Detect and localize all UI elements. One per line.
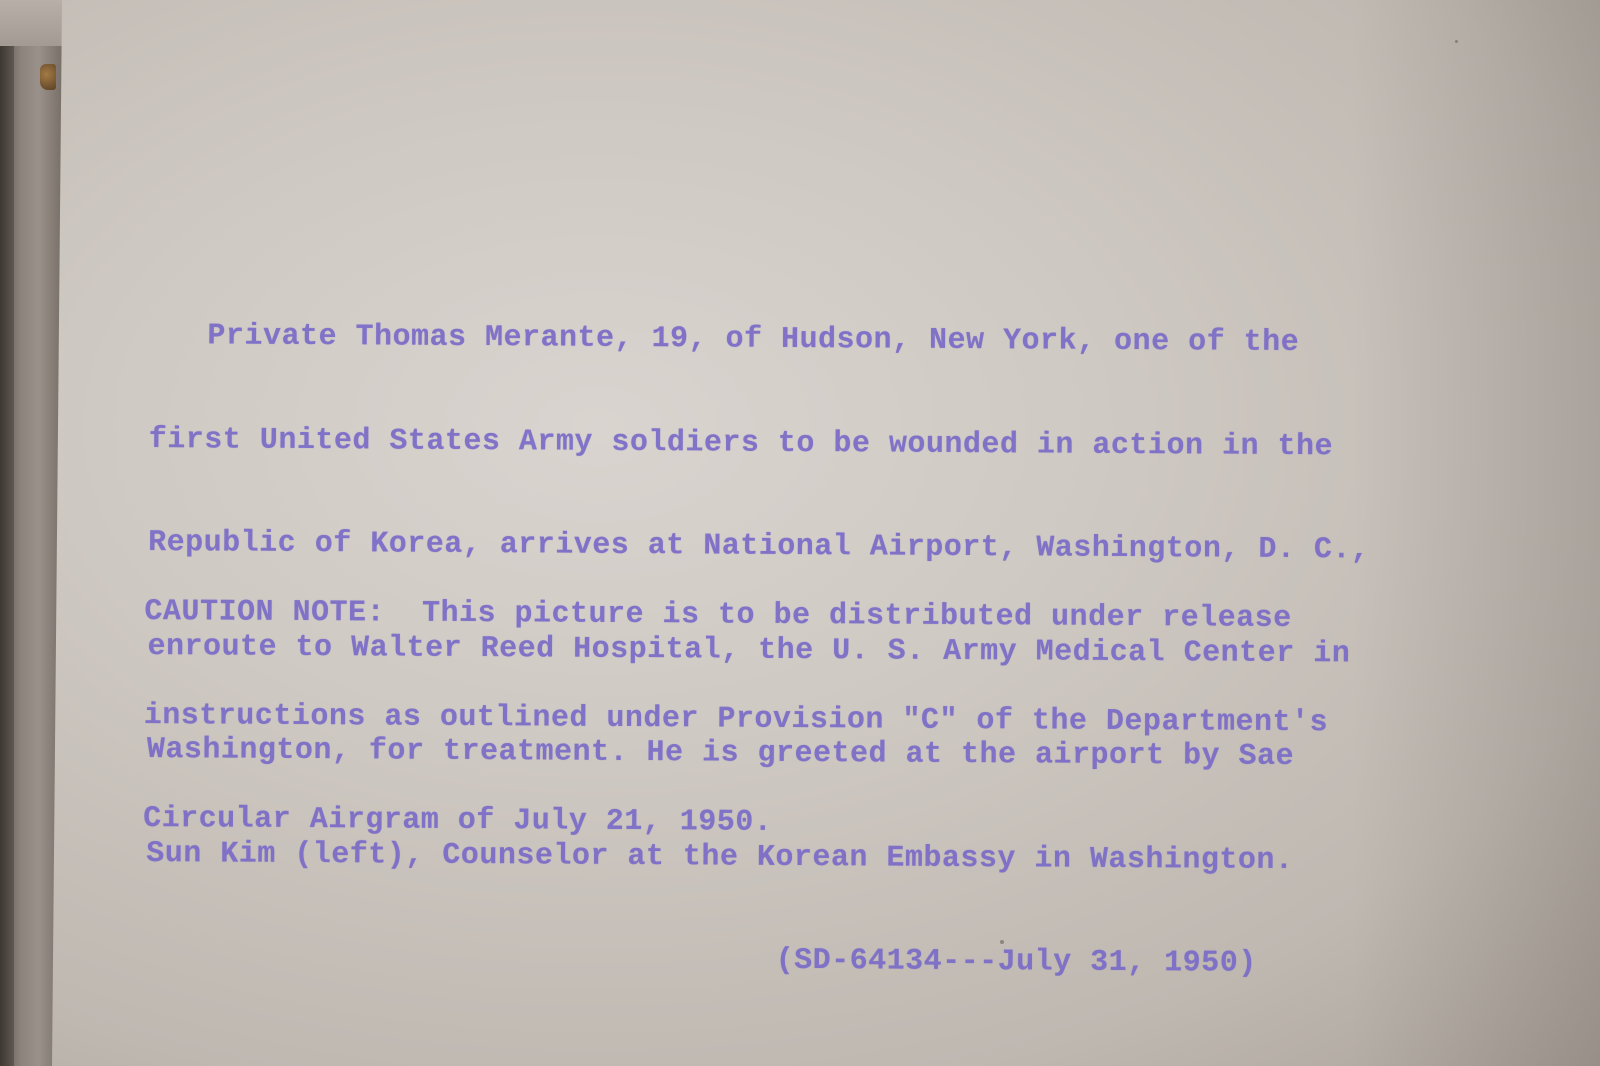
paper-speck (1455, 40, 1458, 43)
caption-line: first United States Army soldiers to be … (149, 422, 1370, 464)
desk-shadow (0, 0, 14, 1066)
paper-shading (1352, 0, 1600, 1066)
caution-line: CAUTION NOTE: This picture is to be dist… (144, 595, 1328, 637)
caption-reference: (SD-64134---July 31, 1950) (146, 940, 1367, 982)
caution-note: CAUTION NOTE: This picture is to be dist… (143, 526, 1329, 878)
caution-line: instructions as outlined under Provision… (144, 698, 1328, 740)
caption-line: Private Thomas Merante, 19, of Hudson, N… (149, 319, 1370, 361)
binder-clip-icon (40, 64, 56, 90)
caution-line: Circular Airgram of July 21, 1950. (143, 802, 1327, 844)
desk-corner (0, 0, 70, 46)
